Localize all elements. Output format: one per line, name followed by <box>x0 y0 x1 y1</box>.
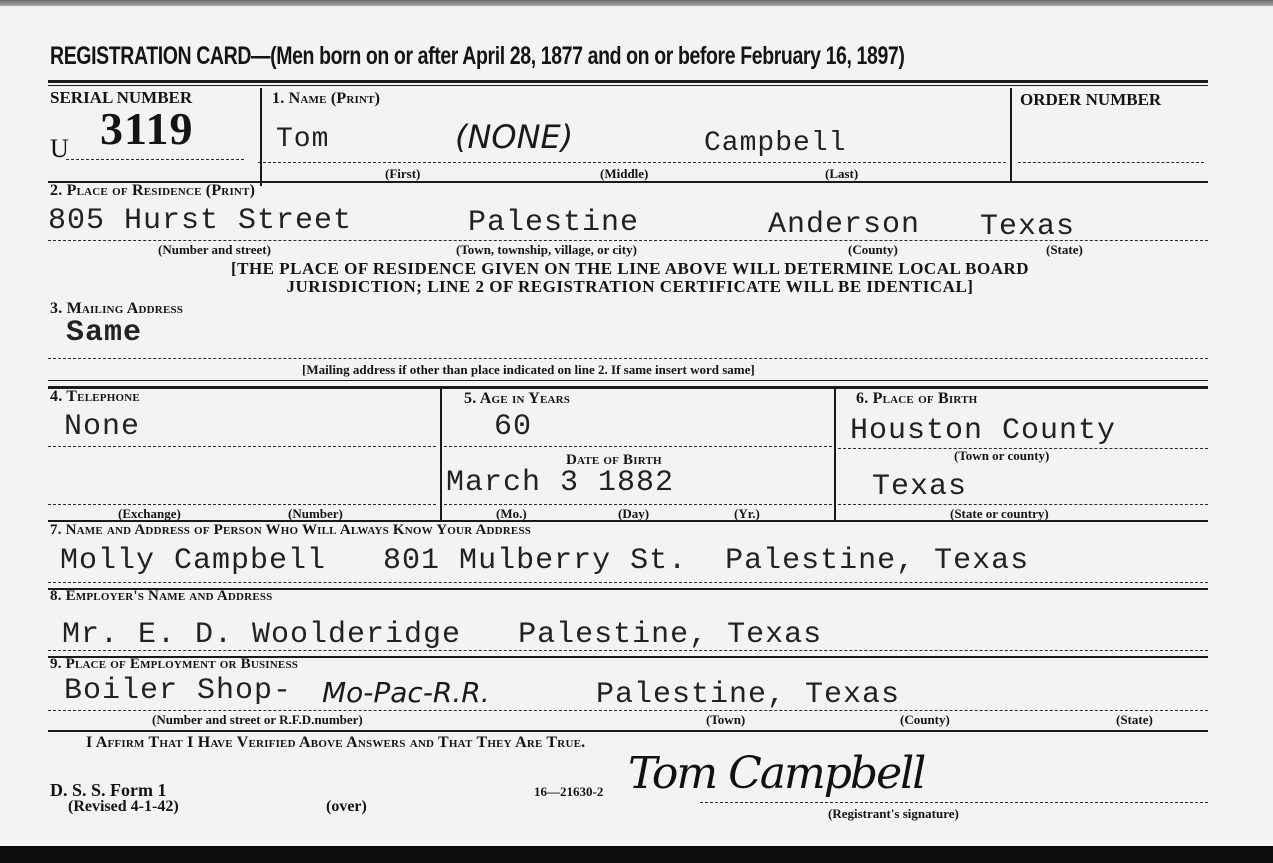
employment-state-caption: (State) <box>1116 712 1153 728</box>
rule-after-mailing <box>48 380 1208 381</box>
state-caption: (State) <box>1046 242 1083 258</box>
town-caption: (Town, township, village, or city) <box>456 242 637 258</box>
street-caption: (Number and street) <box>158 242 271 258</box>
employment-street-caption: (Number and street or R.F.D.number) <box>152 712 363 728</box>
order-divider <box>1010 88 1012 182</box>
print-code: 16—21630-2 <box>534 784 603 800</box>
order-number-line <box>1018 162 1204 163</box>
rule-after-employment <box>48 730 1208 732</box>
middle-caption: (Middle) <box>600 166 648 182</box>
telephone-label: 4. Telephone <box>50 388 140 406</box>
telephone-line-1 <box>48 446 436 447</box>
residence-notice: [THE PLACE OF RESIDENCE GIVEN ON THE LIN… <box>120 260 1140 296</box>
mailing-caption: [Mailing address if other than place ind… <box>302 362 755 378</box>
employment-handwritten-value: Mo-Pac-R.R. <box>322 676 490 709</box>
age-value: 60 <box>494 410 532 444</box>
employment-county-caption: (County) <box>900 712 950 728</box>
telephone-divider <box>440 389 442 521</box>
rule-after-mailing-thick <box>48 386 1208 389</box>
serial-divider <box>260 88 262 186</box>
serial-number-value: 3119 <box>100 102 193 155</box>
birthplace-town-value: Houston County <box>850 414 1116 448</box>
signature-caption: (Registrant's signature) <box>828 806 959 822</box>
top-rule-thin <box>48 85 1208 86</box>
employer-line <box>48 650 1208 651</box>
first-caption: (First) <box>385 166 420 182</box>
signature-line <box>700 802 1208 803</box>
name-line <box>258 162 1006 163</box>
contact-label: 7. Name and Address of Person Who Will A… <box>50 522 531 539</box>
age-divider <box>834 389 836 521</box>
residence-notice-line1: [THE PLACE OF RESIDENCE GIVEN ON THE LIN… <box>120 260 1140 278</box>
residence-notice-line2: JURISDICTION; LINE 2 OF REGISTRATION CER… <box>120 278 1140 296</box>
last-name-value: Campbell <box>704 128 846 159</box>
telephone-value: None <box>64 410 140 444</box>
residence-label: 2. Place of Residence (Print) <box>50 182 255 200</box>
birthplace-state-line <box>838 504 1208 505</box>
middle-name-value: (NONE) <box>455 118 573 156</box>
employment-label: 9. Place of Employment or Business <box>50 656 298 673</box>
dob-value: March 3 1882 <box>446 466 674 500</box>
card-title: REGISTRATION CARD—(Men born on or after … <box>50 42 904 71</box>
residence-county-value: Anderson <box>768 208 920 242</box>
mailing-line <box>48 358 1208 359</box>
age-line <box>444 446 832 447</box>
residence-street-value: 805 Hurst Street <box>48 204 352 238</box>
residence-state-value: Texas <box>980 210 1075 244</box>
birthplace-label: 6. Place of Birth <box>856 390 977 408</box>
birthplace-town-caption: (Town or county) <box>954 448 1049 464</box>
telephone-line-2 <box>48 504 436 505</box>
affirmation-text: I Affirm That I Have Verified Above Answ… <box>86 734 585 752</box>
employer-value: Mr. E. D. Woolderidge Palestine, Texas <box>62 618 822 652</box>
registrant-signature: Tom Campbell <box>628 748 924 799</box>
first-name-value: Tom <box>276 124 329 155</box>
employer-label: 8. Employer's Name and Address <box>50 588 273 605</box>
residence-town-value: Palestine <box>468 206 639 240</box>
mailing-address-value: Same <box>66 316 142 350</box>
employment-town-caption: (Town) <box>706 712 745 728</box>
birthplace-state-value: Texas <box>872 470 967 504</box>
form-revised: (Revised 4-1-42) <box>68 798 179 816</box>
registration-card: REGISTRATION CARD—(Men born on or after … <box>0 6 1273 846</box>
contact-line <box>48 582 1208 583</box>
serial-line <box>66 159 244 160</box>
employment-line <box>48 710 1208 711</box>
employment-town-state-value: Palestine, Texas <box>596 678 900 712</box>
county-caption: (County) <box>848 242 898 258</box>
dob-line <box>444 504 832 505</box>
contact-value: Molly Campbell 801 Mulberry St. Palestin… <box>60 544 1029 578</box>
over-note: (over) <box>326 798 367 816</box>
last-caption: (Last) <box>825 166 858 182</box>
residence-line <box>48 240 1208 241</box>
age-label: 5. Age in Years <box>464 390 570 408</box>
order-number-label: ORDER NUMBER <box>1020 90 1161 110</box>
employment-typed-value: Boiler Shop- <box>64 674 292 708</box>
name-label: 1. Name (Print) <box>272 90 380 108</box>
top-rule <box>48 80 1208 83</box>
